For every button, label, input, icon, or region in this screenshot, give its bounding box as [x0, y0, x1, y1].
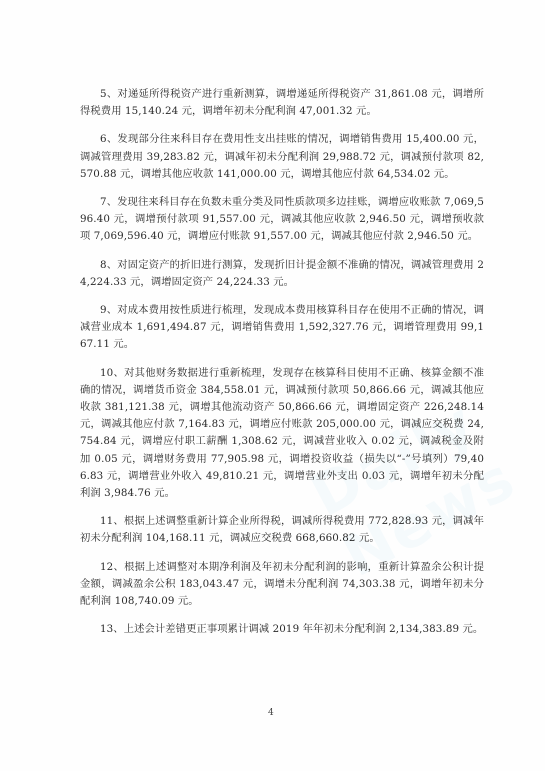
- paragraph-item-7: 7、发现往来科目存在负数未重分类及同性质款项多边挂账，调增应收账款 7,069,…: [80, 194, 484, 246]
- paragraph-item-6: 6、发现部分往来科目存在费用性支出挂账的情况，调增销售费用 15,400.00 …: [80, 131, 484, 183]
- paragraph-item-12: 12、根据上述调整对本期净利润及年初未分配利润的影响，重新计算盈余公积计提金额，…: [80, 559, 484, 611]
- document-body: 5、对递延所得税资产进行重新测算，调增递延所得税资产 31,861.08 元，调…: [80, 86, 484, 649]
- paragraph-item-13: 13、上述会计差错更正事项累计调减 2019 年年初未分配利润 2,134,38…: [80, 621, 484, 638]
- paragraph-item-11: 11、根据上述调整重新计算企业所得税，调减所得税费用 772,828.93 元，…: [80, 513, 484, 547]
- document-page: Daily News 5、对递延所得税资产进行重新测算，调增递延所得税资产 31…: [0, 0, 545, 771]
- paragraph-item-9: 9、对成本费用按性质进行梳理，发现成本费用核算科目存在使用不正确的情况，调减营业…: [80, 302, 484, 354]
- paragraph-item-8: 8、对固定资产的折旧进行测算，发现折旧计提金额不准确的情况，调减管理费用 24,…: [80, 257, 484, 291]
- page-number: 4: [268, 708, 274, 718]
- paragraph-item-5: 5、对递延所得税资产进行重新测算，调增递延所得税资产 31,861.08 元，调…: [80, 86, 484, 120]
- paragraph-item-10: 10、对其他财务数据进行重新梳理，发现存在核算科目使用不正确、核算金额不准确的情…: [80, 365, 484, 503]
